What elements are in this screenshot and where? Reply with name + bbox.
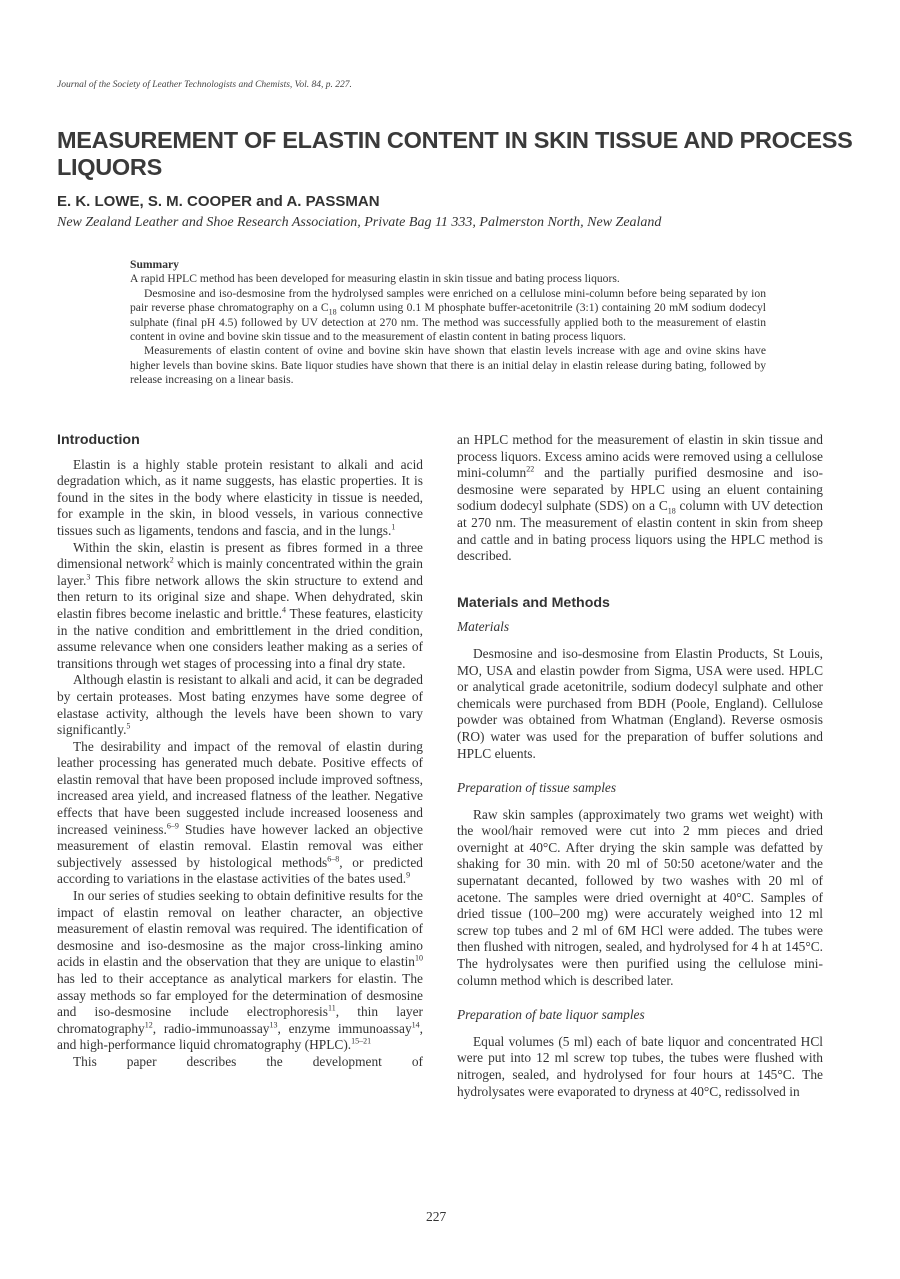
journal-citation: Journal of the Society of Leather Techno… [57, 80, 352, 90]
intro-paragraph-6-continued: an HPLC method for the measurement of el… [457, 432, 823, 565]
intro-paragraph-2: Within the skin, elastin is present as f… [57, 540, 423, 673]
materials-subheading: Materials [457, 619, 823, 636]
reference-marker: 6–9 [167, 821, 179, 830]
author-affiliation: New Zealand Leather and Shoe Research As… [57, 215, 661, 231]
summary-heading: Summary [130, 258, 766, 272]
article-title: MEASUREMENT OF ELASTIN CONTENT IN SKIN T… [57, 127, 857, 181]
page-number: 227 [426, 1209, 446, 1225]
tissue-samples-paragraph: Raw skin samples (approximately two gram… [457, 807, 823, 990]
intro-paragraph-1: Elastin is a highly stable protein resis… [57, 457, 423, 540]
reference-marker: 9 [406, 871, 410, 880]
bate-liquor-paragraph: Equal volumes (5 ml) each of bate liquor… [457, 1034, 823, 1100]
body-text: Although elastin is resistant to alkali … [57, 672, 423, 737]
summary-paragraph-2: Desmosine and iso-desmosine from the hyd… [130, 287, 766, 345]
reference-marker: 1 [391, 523, 395, 532]
reference-marker: 11 [328, 1004, 336, 1013]
introduction-heading: Introduction [57, 432, 423, 449]
body-text: , radio-immunoassay [153, 1021, 270, 1036]
tissue-samples-subheading: Preparation of tissue samples [457, 780, 823, 797]
body-text: , enzyme immunoassay [278, 1021, 412, 1036]
reference-marker: 15–21 [351, 1037, 371, 1046]
reference-marker: 12 [145, 1020, 153, 1029]
reference-marker: 13 [270, 1020, 278, 1029]
reference-marker: 22 [526, 465, 534, 474]
intro-paragraph-6-start: This paper describes the development of [57, 1054, 423, 1071]
summary-block: Summary A rapid HPLC method has been dev… [130, 258, 766, 388]
summary-paragraph-3: Measurements of elastin content of ovine… [130, 344, 766, 387]
right-column: an HPLC method for the measurement of el… [457, 432, 823, 1100]
intro-paragraph-5: In our series of studies seeking to obta… [57, 888, 423, 1054]
materials-paragraph: Desmosine and iso-desmosine from Elastin… [457, 646, 823, 762]
body-text: Elastin is a highly stable protein resis… [57, 457, 423, 538]
materials-methods-heading: Materials and Methods [457, 595, 823, 612]
intro-paragraph-3: Although elastin is resistant to alkali … [57, 672, 423, 738]
reference-marker: 10 [415, 954, 423, 963]
article-authors: E. K. LOWE, S. M. COOPER and A. PASSMAN [57, 193, 380, 210]
left-column: Introduction Elastin is a highly stable … [57, 432, 423, 1071]
body-text: In our series of studies seeking to obta… [57, 888, 423, 969]
reference-marker: 5 [126, 722, 130, 731]
reference-marker: 14 [412, 1020, 420, 1029]
body-text: This paper describes the development of [73, 1054, 423, 1069]
summary-paragraph-1: A rapid HPLC method has been developed f… [130, 272, 766, 286]
reference-marker: 6–8 [327, 854, 339, 863]
bate-liquor-subheading: Preparation of bate liquor samples [457, 1007, 823, 1024]
intro-paragraph-4: The desirability and impact of the remov… [57, 739, 423, 888]
